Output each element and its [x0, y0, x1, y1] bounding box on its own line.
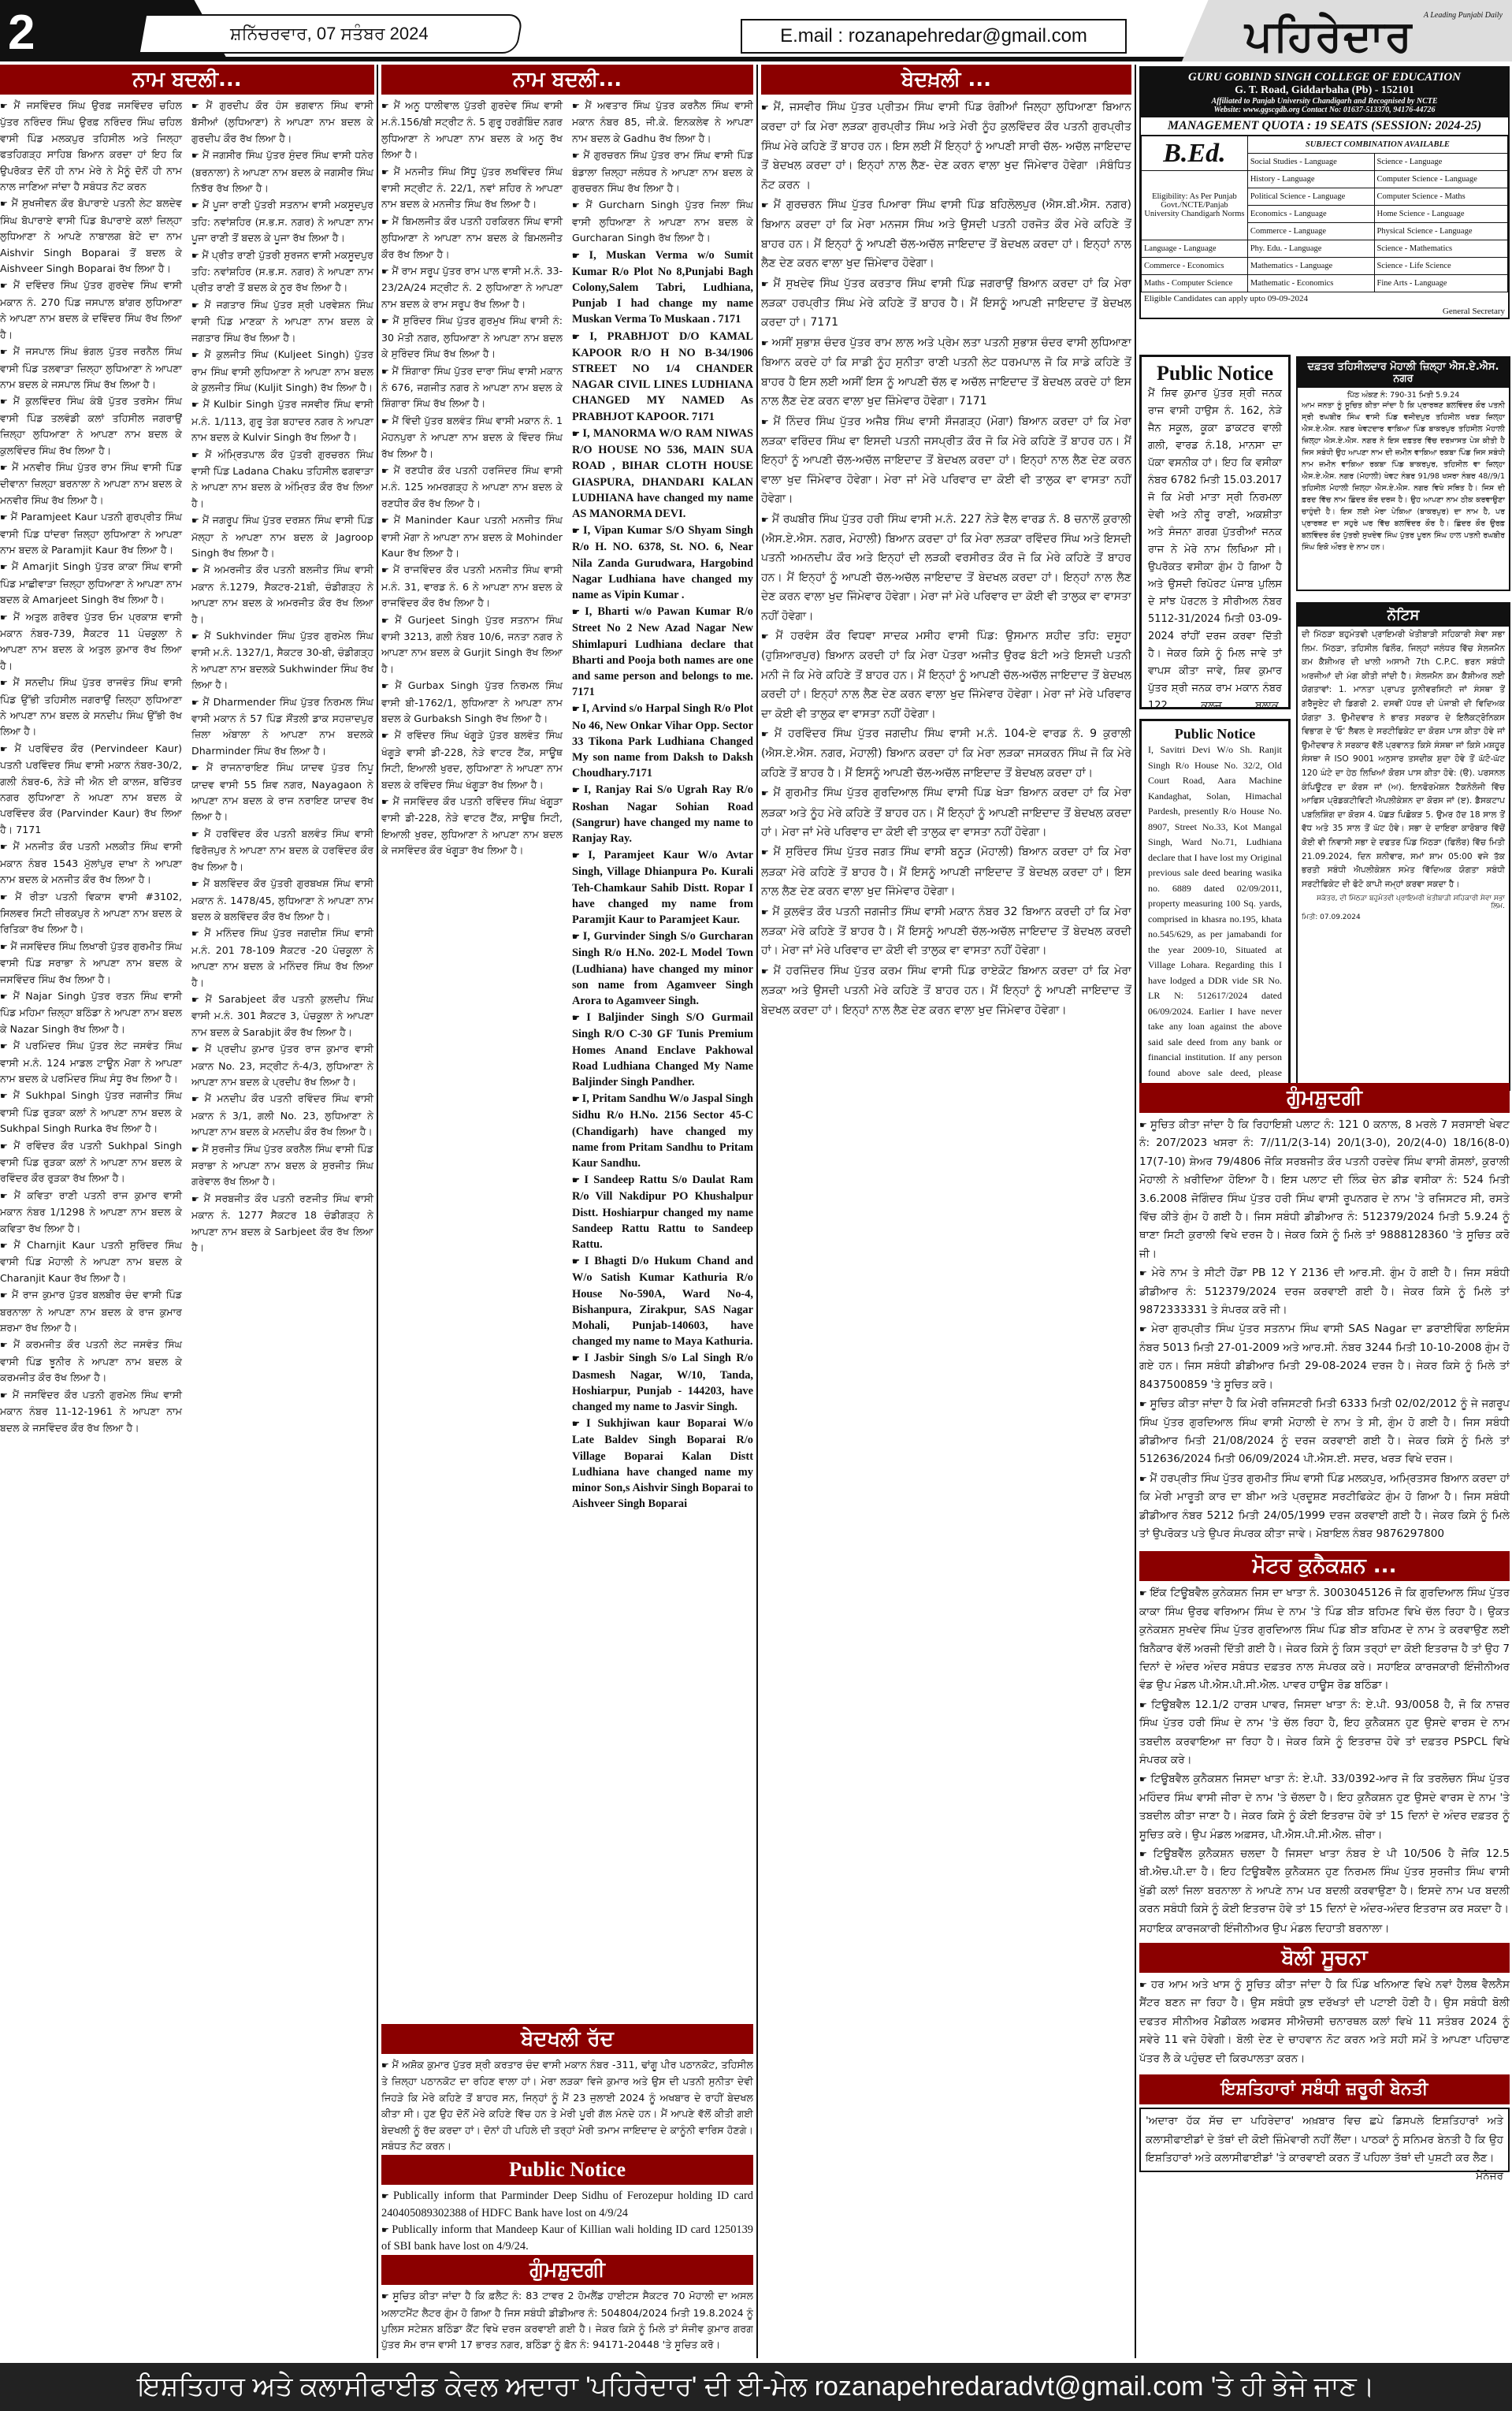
section-heading-auction: ਬੋਲੀ ਸੂਚਨਾ [1139, 1943, 1510, 1973]
name-change-column-3: ਮੈਂ ਅਨੂ ਧਾਲੀਵਾਲ ਪੁੱਤਰੀ ਗੁਰਦੇਵ ਸਿੰਘ ਵਾਸੀ … [381, 98, 563, 1513]
section-heading-ad-request: ਇਸ਼ਤਿਹਾਰਾਂ ਸਬੰਧੀ ਜ਼ਰੂਰੀ ਬੇਨਤੀ [1139, 2074, 1510, 2104]
tehsildar-notice-text: ਆਮ ਜਨਤਾ ਨੂੰ ਸੂਚਿਤ ਕੀਤਾ ਜਾਂਦਾ ਹੈ ਕਿ ਪ੍ਰਾਰ… [1298, 400, 1509, 553]
email-box[interactable]: E.mail : rozanapehredar@gmail.com [741, 19, 1127, 54]
signatory: General Secretary [1141, 305, 1508, 318]
public-notice-pa-text: ਮੈਂ ਸ਼ਿਵ ਕੁਮਾਰ ਪੁੱਤਰ ਸ਼੍ਰੀ ਜਨਕ ਰਾਜ ਵਾਸੀ … [1148, 385, 1282, 709]
notice-item: ਮੈਂ ਪ੍ਰੀਤ ਰਾਣੀ ਪੁੱਤਰੀ ਸੁਰਜਨ ਵਾਸੀ ਮਕਸੂਦਪੁ… [191, 247, 373, 296]
public-notice-en-text: I, Savitri Devi W/o Sh. Ranjit Singh R/o… [1148, 742, 1282, 1088]
notice-item: ਮੈਂ ਮਨਦੀਪ ਕੌਰ ਪਤਨੀ ਰਵਿੰਦਰ ਸਿੰਘ ਵਾਸੀ ਮਕਾਨ… [191, 1091, 373, 1140]
notice-item: ਮੈਂ ਸੁਖਜੀਵਨ ਕੌਰ ਬੋਪਾਰਾਏ ਪਤਨੀ ਲੇਟ ਬਲਦੇਵ ਸ… [0, 195, 182, 277]
notice-item: ਮੈਂ ਹਰਵਿੰਦਰ ਸਿੰਘ ਪੁੱਤਰ ਜਗਦੀਪ ਸਿੰਘ ਵਾਸੀ ਮ… [761, 724, 1131, 783]
notice-item: ਮੈਂ ਜਸਵਿੰਦਰ ਕੌਰ ਪਤਨੀ ਗੁਰਮੇਲ ਸਿੰਘ ਵਾਸੀ ਮਕ… [0, 1387, 182, 1436]
eviction-section: ਬੇਦਖ਼ਲੀ ... ਮੈਂ, ਜਸਵੀਰ ਸਿੰਘ ਪੁੱਤਰ ਪ੍ਰੀਤਮ… [761, 65, 1131, 2358]
notice-item: I, MANORMA W/O RAM NIWAS R/O HOUSE NO 53… [572, 426, 753, 522]
notice-item: ਮੈਂ Sarabjeet ਕੌਰ ਪਤਨੀ ਕੁਲਦੀਪ ਸਿੰਘ ਵਾਸੀ … [191, 992, 373, 1040]
subject-cell: Mathematics - Language [1247, 258, 1374, 275]
notice-item: ਮੈਂ ਸੁਰਿੰਦਰ ਸਿੰਘ ਪੁੱਤਰ ਗੁਰਮੁਖ ਸਿੰਘ ਵਾਸੀ … [381, 313, 563, 362]
subject-cell: Political Science - Language [1247, 188, 1374, 206]
notice-item: ਮੈਂ Dharmender ਸਿੰਘ ਪੁੱਤਰ ਨਿਰਮਲ ਸਿੰਘ ਵਾਸ… [191, 694, 373, 760]
notice-item: ਮੈਂ ਰਣਧੀਰ ਕੌਰ ਪਤਨੀ ਹਰਜਿੰਦਰ ਸਿੰਘ ਵਾਸੀ ਮ.ਨ… [381, 463, 563, 512]
lost-notice: ਸੂਚਿਤ ਕੀਤਾ ਜਾਂਦਾ ਹੈ ਕਿ ਫ਼ਲੈਟ ਨੰ: 83 ਟਾਵਰ… [381, 2288, 753, 2353]
quota-heading: MANAGEMENT QUOTA : 19 SEATS (SESSION: 20… [1141, 117, 1508, 136]
date-box: ਸ਼ਨਿੱਚਰਵਾਰ, 07 ਸਤੰਬਰ 2024 [139, 14, 524, 54]
notice-item: ਮੈਂ ਪ੍ਰਦੀਪ ਕੁਮਾਰ ਪੁੱਤਰ ਰਾਜ ਕੁਮਾਰ ਵਾਸੀ ਮਕ… [191, 1041, 373, 1090]
notice-item: ਮੈਂ ਅਤੁਲ ਗਰੋਵਰ ਪੁੱਤਰ ਓਮ ਪ੍ਰਕਾਸ਼ ਵਾਸੀ ਮਕਾ… [0, 609, 182, 675]
notice-item: ਟਿਊਬਵੈਲ ਕੁਨੈਕਸ਼ਨ ਜਿਸਦਾ ਖਾਤਾ ਨੰ: ਏ.ਪੀ. 33… [1139, 1770, 1510, 1844]
subject-cell: Economics - Language [1247, 206, 1374, 223]
auction-notice: ਹਰ ਆਮ ਅਤੇ ਖਾਸ ਨੂੰ ਸੂਚਿਤ ਕੀਤਾ ਜਾਂਦਾ ਹੈ ਕਿ… [1139, 1976, 1510, 2068]
deadline: Eligible Candidates can apply upto 09-09… [1141, 292, 1508, 305]
notice-item: ਮੈਂ Gurcharn Singh ਪੁੱਤਰ ਜਿਲਾ ਸਿੰਘ ਵਾਸੀ … [572, 197, 753, 246]
notice-item: I, Muskan Verma w/o Sumit Kumar R/o Plot… [572, 247, 753, 328]
notice-item: ਮੈਂ Sukhpal Singh ਪੁੱਤਰ ਜਗਜੀਤ ਸਿੰਘ ਵਾਸੀ … [0, 1088, 182, 1137]
notice-item: ਮੈਂ Gurjeet Singh ਪੁੱਤਰ ਸਤਨਾਮ ਸਿੰਘ ਵਾਸੀ … [381, 612, 563, 678]
notice-item: I Bhagti D/o Hukum Chand and W/o Satish … [572, 1253, 753, 1349]
sabha-notice-text: ਦੀ ਮਿੱਠੜਾ ਬਹੁਮੰਤਵੀ ਪ੍ਰਾਇਮਰੀ ਖੇਤੀਬਾੜੀ ਸਹਿ… [1298, 627, 1509, 893]
public-notice-pa-title: Public Notice [1148, 362, 1282, 385]
bottom-notices: ਬੇਦਖਲੀ ਰੱਦ ਮੈਂ ਅਸ਼ੋਕ ਕੁਮਾਰ ਪੁੱਤਰ ਸ਼੍ਰੀ ਕ… [381, 2024, 753, 2363]
public-notice-en-box: Public Notice I, Savitri Devi W/o Sh. Ra… [1139, 719, 1291, 1088]
page-number: 2 [8, 5, 35, 61]
name-change-column-2: ਮੈਂ ਗੁਰਦੀਪ ਕੌਰ ਹੰਸ ਭਗਵਾਨ ਸਿੰਘ ਵਾਸੀ ਬੱਸੀਆ… [191, 98, 373, 1437]
notice-item: I, Ranjay Rai S/o Ugrah Ray R/o Roshan N… [572, 782, 753, 846]
subject-cell: Physical Science - Language [1374, 223, 1508, 240]
sabha-notice: ਨੋਟਿਸ ਦੀ ਮਿੱਠੜਾ ਬਹੁਮੰਤਵੀ ਪ੍ਰਾਇਮਰੀ ਖੇਤੀਬਾ… [1296, 602, 1510, 1091]
notice-item: ਮੈਂ ਰਾਮ ਸਰੂਪ ਪੁੱਤਰ ਰਾਮ ਪਾਲ ਵਾਸੀ ਮ.ਨੰ. 33… [381, 263, 563, 312]
notice-item: ਮੈਂ ਜਸਵਿੰਦਰ ਕੌਰ ਪਤਨੀ ਰਵਿੰਦਰ ਸਿੰਘ ਖੰਗੂੜਾ … [381, 794, 563, 859]
notice-item: ਮੈਂ ਜਸਵਿੰਦਰ ਸਿੰਘ ਲਿਖਾਰੀ ਪੁੱਤਰ ਗੁਰਮੀਤ ਸਿੰ… [0, 939, 182, 988]
notice-item: ਮੈਂ ਹਰਵੰਸ ਕੌਰ ਵਿਧਵਾ ਸਾਦਕ ਮਸੀਹ ਵਾਸੀ ਪਿੰਡ:… [761, 627, 1131, 724]
notice-item: ਇੱਕ ਟਿਊਬਵੈਲ ਕੁਨੇਕਸ਼ਨ ਜਿਸ ਦਾ ਖਾਤਾ ਨੰ. 300… [1139, 1584, 1510, 1695]
subject-cell: Commerce - Economics [1142, 258, 1248, 275]
notice-item: ਮੈਂ ਹਰਵਿੰਦਰ ਕੌਰ ਪਤਨੀ ਬਲਵੰਤ ਸਿੰਘ ਵਾਸੀ ਫਿਰ… [191, 826, 373, 875]
notice-item: ਟਿਊਬਵੈਲ 12.1/2 ਹਾਰਸ ਪਾਵਰ, ਜਿਸਦਾ ਖਾਤਾ ਨੰ:… [1139, 1696, 1510, 1770]
notice-item: I, Gurvinder Singh S/o Gurcharan Singh R… [572, 928, 753, 1009]
notice-item: I, Paramjeet Kaur W/o Avtar Singh, Villa… [572, 847, 753, 928]
notice-item: ਮੈਂ ਅੰਮ੍ਰਿਤਪਾਲ ਕੌਰ ਪੁੱਤਰੀ ਗੁਰਚਰਨ ਸਿੰਘ ਵਾ… [191, 447, 373, 512]
notice-item: ਮੇਰਾ ਗੁਰਪ੍ਰੀਤ ਸਿੰਘ ਪੁੱਤਰ ਸਤਨਾਮ ਸਿੰਘ ਵਾਸੀ… [1139, 1320, 1510, 1394]
notice-item: ਮੇਰੇ ਨਾਮ ਤੇ ਸੀਟੀ ਹੋਂਡਾ PB 12 Y 2136 ਦੀ ਆ… [1139, 1264, 1510, 1319]
notice-item: ਸੂਚਿਤ ਕੀਤਾ ਜਾਂਦਾ ਹੈ ਕਿ ਮੇਰੀ ਰਜਿਸਟਰੀ ਮਿਤੀ… [1139, 1395, 1510, 1469]
notice-item: ਮੈਂ ਕੁਲਜੀਤ ਸਿੰਘ (Kuljeet Singh) ਪੁੱਤਰ ਰਾ… [191, 347, 373, 396]
notice-item: ਮੈਂ Najar Singh ਪੁੱਤਰ ਰਤਨ ਸਿੰਘ ਵਾਸੀ ਪਿੰਡ… [0, 988, 182, 1037]
subject-cell: Science - Mathematics [1374, 240, 1508, 258]
masthead-rule [158, 57, 1206, 61]
motor-connection-sign: ਸਹਾਇਕ ਕਾਰਜਕਾਰੀ ਇੰਜੀਨੀਅਰ ਉਪ ਮੰਡਲ ਦਿਹਾਤੀ ਬ… [1139, 1920, 1510, 1938]
subject-cell: Maths - Computer Science [1142, 275, 1248, 292]
section-heading-lost-1: ਗੁੰਮਸ਼ੁਦਗੀ [381, 2255, 753, 2285]
notice-item: ਮੈਂ, ਜਸਵੀਰ ਸਿੰਘ ਪੁੱਤਰ ਪ੍ਰੀਤਮ ਸਿੰਘ ਵਾਸੀ ਪ… [761, 98, 1131, 195]
notice-item: ਮੈਂ ਮਨਜੀਤ ਸਿੰਘ ਸਿੱਧੂ ਪੁੱਤਰ ਲਖਵਿੰਦਰ ਸਿੰਘ … [381, 164, 563, 213]
notice-item: ਮੈਂ ਰਘਬੀਰ ਸਿੰਘ ਪੁੱਤਰ ਹਰੀ ਸਿੰਘ ਵਾਸੀ ਮ.ਨੰ.… [761, 510, 1131, 626]
notice-item: ਮੈਂ ਜਸਪਾਲ ਸਿੰਘ ਭੰਗਲ ਪੁੱਤਰ ਜਰਨੈਲ ਸਿੰਘ ਵਾਸ… [0, 344, 182, 393]
column-divider [1135, 65, 1136, 2358]
course-name: B.Ed. [1142, 136, 1248, 171]
notice-item: ਮੈਂ ਮਨਜੀਤ ਕੌਰ ਪਤਨੀ ਮਲਕੀਤ ਸਿੰਘ ਵਾਸੀ ਮਕਾਨ … [0, 839, 182, 887]
college-affiliation: Affiliated to Panjab University Chandiga… [1141, 97, 1508, 106]
name-change-section-1: ਨਾਮ ਬਦਲੀ... ਮੈਂ ਜਸਵਿੰਦਰ ਸਿੰਘ ਉਰਫ਼ ਜਸਵਿੰਦ… [0, 65, 374, 2358]
subject-cell: Social Studies - Language [1247, 154, 1374, 171]
notice-item: ਮੈਂ Charnjit Kaur ਪਤਨੀ ਸੁਰਿੰਦਰ ਸਿੰਘ ਵਾਸੀ… [0, 1237, 182, 1286]
ad-request-text: 'ਅਦਾਰਾ ਹੱਕ ਸੱਚ ਦਾ ਪਹਿਰੇਦਾਰ' ਅਖ਼ਬਾਰ ਵਿਚ ਛ… [1146, 2115, 1503, 2164]
sabha-notice-date: ਮਿਤੀ: 07.09.2024 [1298, 912, 1509, 923]
college-name: GURU GOBIND SINGH COLLEGE OF EDUCATION [1141, 71, 1508, 84]
column-divider [756, 65, 758, 2358]
notice-item: I Jasbir Singh S/o Lal Singh R/o Dasmesh… [572, 1350, 753, 1415]
footer-banner: ਇਸ਼ਤਿਹਾਰ ਅਤੇ ਕਲਾਸੀਫਾਈਡ ਕੇਵਲ ਅਦਾਰਾ 'ਪਹਿਰੇ… [0, 2363, 1512, 2411]
notice-item: ਮੈਂ ਗੁਰਦੀਪ ਕੌਰ ਹੰਸ ਭਗਵਾਨ ਸਿੰਘ ਵਾਸੀ ਬੱਸੀਆ… [191, 98, 373, 147]
college-address: G. T. Road, Giddarbaha (Pb) - 152101 [1141, 84, 1508, 97]
notice-item: ਮੈਂ ਸੁਰਿੰਦਰ ਸਿੰਘ ਪੁੱਤਰ ਜਗਤ ਸਿੰਘ ਵਾਸੀ ਬਨੂ… [761, 843, 1131, 901]
subject-cell: Computer Science - Maths [1374, 188, 1508, 206]
subject-cell: Phy. Edu. - Language [1247, 240, 1374, 258]
notice-item: ਮੈਂ ਵਿੰਦੀ ਪੁੱਤਰ ਬਲਵੰਤ ਸਿੰਘ ਵਾਸੀ ਮਕਾਨ ਨੰ.… [381, 413, 563, 462]
public-notice-item: Publically inform that Parminder Deep Si… [381, 2188, 753, 2220]
subject-table: B.Ed. SUBJECT COMBINATION AVAILABLE Soci… [1141, 136, 1508, 292]
section-heading-eviction-cancel: ਬੇਦਖਲੀ ਰੱਦ [381, 2024, 753, 2054]
notice-item: I, Vipan Kumar S/O Shyam Singh R/o H. NO… [572, 523, 753, 603]
notice-item: ਮੈਂ ਗੁਰਚਰਨ ਸਿੰਘ ਪੁੱਤਰ ਪਿਆਰਾ ਸਿੰਘ ਵਾਸੀ ਪਿ… [761, 195, 1131, 273]
subject-cell: History - Language [1247, 171, 1374, 188]
name-change-column-1: ਮੈਂ ਜਸਵਿੰਦਰ ਸਿੰਘ ਉਰਫ਼ ਜਸਵਿੰਦਰ ਚਹਿਲ ਪੁੱਤਰ… [0, 98, 182, 1437]
notice-item: ਮੈਂ Sukhvinder ਸਿੰਘ ਪੁੱਤਰ ਗੁਰਮੇਲ ਸਿੰਘ ਵਾ… [191, 628, 373, 694]
right-subcolumn-right: ਦਫ਼ਤਰ ਤਹਿਸੀਲਦਾਰ ਮੋਹਾਲੀ ਜ਼ਿਲ੍ਹਾ ਐਸ.ਏ.ਐਸ. … [1296, 356, 1510, 1091]
notice-item: ਅਸੀਂ ਸੁਭਾਸ਼ ਚੰਦਰ ਪੁੱਤਰ ਰਾਮ ਲਾਲ ਅਤੇ ਪ੍ਰੇਮ… [761, 333, 1131, 411]
section-heading-motor-connection: ਮੋਟਰ ਕੁਨੈਕਸ਼ਨ ... [1139, 1551, 1510, 1581]
name-change-section-2: ਨਾਮ ਬਦਲੀ... ਮੈਂ ਅਨੂ ਧਾਲੀਵਾਲ ਪੁੱਤਰੀ ਗੁਰਦੇ… [381, 65, 753, 1885]
notice-item: I Baljinder Singh S/O Gurmail Singh R/O … [572, 1010, 753, 1090]
section-heading-name-change-1: ਨਾਮ ਬਦਲੀ... [0, 65, 374, 95]
newspaper-logo: ਪਹਿਰੇਦਾਰ A Leading Punjabi Daily [1182, 0, 1512, 61]
notice-item: ਮੈਂ ਮਨਿੰਦਰ ਸਿੰਘ ਪੁੱਤਰ ਜਗਦੀਸ਼ ਸਿੰਘ ਵਾਸੀ ਮ… [191, 925, 373, 991]
subject-cell: Language - Language [1142, 240, 1248, 258]
public-notice-en-title: Public Notice [1148, 726, 1282, 742]
tehsildar-notice: ਦਫ਼ਤਰ ਤਹਿਸੀਲਦਾਰ ਮੋਹਾਲੀ ਜ਼ਿਲ੍ਹਾ ਐਸ.ਏ.ਐਸ. … [1296, 356, 1510, 591]
sabha-notice-title: ਨੋਟਿਸ [1298, 604, 1509, 627]
notice-item: ਮੈਂ ਪਰਮਿੰਦਰ ਸਿੰਘ ਪੁੱਤਰ ਲੇਟ ਜਸਵੰਤ ਸਿੰਘ ਵਾ… [0, 1038, 182, 1087]
notice-item: ਮੈਂ ਮਨਵੀਰ ਸਿੰਘ ਪੁੱਤਰ ਰਾਮ ਸਿੰਘ ਵਾਸੀ ਪਿੰਡ … [0, 460, 182, 508]
notice-item: ਮੈਂ ਕਰਮਜੀਤ ਕੌਰ ਪਤਨੀ ਲੇਟ ਜਸਵੰਤ ਸਿੰਘ ਵਾਸੀ … [0, 1337, 182, 1386]
ad-request-box: 'ਅਦਾਰਾ ਹੱਕ ਸੱਚ ਦਾ ਪਹਿਰੇਦਾਰ' ਅਖ਼ਬਾਰ ਵਿਚ ਛ… [1139, 2108, 1510, 2172]
notice-item: ਮੈਂ ਰਾਜ ਕੁਮਾਰ ਪੁੱਤਰ ਬਲਬੀਰ ਚੰਦ ਵਾਸੀ ਪਿੰਡ … [0, 1287, 182, 1336]
notice-item: I Sandeep Rattu S/o Daulat Ram R/o Vill … [572, 1172, 753, 1252]
notice-item: I, Bharti w/o Pawan Kumar R/o Street No … [572, 604, 753, 700]
subject-cell: Mathematic - Economics [1247, 275, 1374, 292]
notice-item: ਮੈਂ Kulbir Singh ਪੁੱਤਰ ਜਸਵੀਰ ਸਿੰਘ ਵਾਸੀ ਮ… [191, 396, 373, 445]
section-heading-name-change-2: ਨਾਮ ਬਦਲੀ... [381, 65, 753, 95]
notice-item: ਮੈਂ ਸਰਬਜੀਤ ਕੌਰ ਪਤਨੀ ਰਣਜੀਤ ਸਿੰਘ ਵਾਸੀ ਮਕਾਨ… [191, 1191, 373, 1256]
notice-item: ਮੈਂ ਕੁਲਵੰਤ ਕੌਰ ਪਤਨੀ ਜਗਜੀਤ ਸਿੰਘ ਵਾਸੀ ਮਕਾਨ… [761, 902, 1131, 961]
notice-item: I Sukhjiwan kaur Boparai W/o Late Baldev… [572, 1416, 753, 1512]
notice-item: ਮੈਂ ਰੀਤਾ ਪਤਨੀ ਵਿਕਾਸ ਵਾਸੀ #3102, ਸਿਲਵਰ ਸਿ… [0, 889, 182, 938]
ad-request-sign: ਮੈਨੇਜਰ [1476, 2167, 1503, 2186]
subject-cell: Science - Life Science [1374, 258, 1508, 275]
notice-item: I, PRABHJOT D/O KAMAL KAPOOR R/O H NO B-… [572, 329, 753, 425]
notice-item: ਮੈਂ Maninder Kaur ਪਤਨੀ ਮਨਜੀਤ ਸਿੰਘ ਵਾਸੀ ਮ… [381, 512, 563, 561]
notice-item: ਮੈਂ ਪਰਵਿੰਦਰ ਕੌਰ (Pervindeer Kaur) ਪਤਨੀ ਪ… [0, 741, 182, 838]
notice-item: ਮੈਂ ਪੂਜਾ ਰਾਣੀ ਪੁੱਤਰੀ ਸਤਨਾਮ ਵਾਸੀ ਮਕਸੂਦਪੁਰ… [191, 197, 373, 246]
right-subcolumn-left: Public Notice ਮੈਂ ਸ਼ਿਵ ਕੁਮਾਰ ਪੁੱਤਰ ਸ਼੍ਰੀ… [1139, 355, 1291, 1088]
college-ad: GURU GOBIND SINGH COLLEGE OF EDUCATION G… [1139, 66, 1510, 319]
subjects-header: SUBJECT COMBINATION AVAILABLE [1247, 136, 1507, 154]
subject-cell: Commerce - Language [1247, 223, 1374, 240]
notice-item: ਮੈਂ ਨਿੰਦਰ ਸਿੰਘ ਪੁੱਤਰ ਅਜੈਬ ਸਿੰਘ ਵਾਸੀ ਸੌਜਗ… [761, 412, 1131, 509]
public-notice-item: Publically inform that Mandeep Kaur of K… [381, 2222, 753, 2254]
notice-item: ਮੈਂ ਬਿਮਲਜੀਤ ਕੌਰ ਪਤਨੀ ਹਰਕਿਰਨ ਸਿੰਘ ਵਾਸੀ ਲੁ… [381, 214, 563, 262]
notice-item: ਮੈਂ Gurbax Singh ਪੁੱਤਰ ਨਿਰਮਲ ਸਿੰਘ ਵਾਸੀ ਬ… [381, 678, 563, 727]
notice-item: ਮੈਂ ਕੁਲਵਿੰਦਰ ਸਿੰਘ ਕੰਬੋ ਪੁੱਤਰ ਤਰਸੇਮ ਸਿੰਘ … [0, 393, 182, 459]
notice-item: I, Pritam Sandhu W/o Jaspal Singh Sidhu … [572, 1091, 753, 1171]
section-heading-public-notice: Public Notice [381, 2155, 753, 2185]
issue-date: ਸ਼ਨਿੱਚਰਵਾਰ, 07 ਸਤੰਬਰ 2024 [230, 24, 429, 44]
notice-item: ਮੈਂ ਰਵਿੰਦਰ ਸਿੰਘ ਖੰਗੂੜੇ ਪੁੱਤਰ ਬਲਵੰਤ ਸਿੰਘ … [381, 727, 563, 793]
sabha-notice-sign: ਸਕੱਤਰ, ਦੀ ਮਿੱਠੜਾ ਬਹੁਮੰਤਵੀ ਪ੍ਰਾਇਮਰੀ ਖੇਤੀਬ… [1298, 893, 1509, 912]
notice-item: ਮੈਂ ਅਮਰਜੀਤ ਕੌਰ ਪਤਨੀ ਬਲਜੀਤ ਸਿੰਘ ਵਾਸੀ ਮਕਾਨ… [191, 562, 373, 627]
column-divider [377, 65, 378, 2358]
notice-item: ਮੈਂ Paramjeet Kaur ਪਤਨੀ ਗੁਰਪ੍ਰੀਤ ਸਿੰਘ ਵਾ… [0, 509, 182, 558]
notice-item: ਸੂਚਿਤ ਕੀਤਾ ਜਾਂਦਾ ਹੈ ਕਿ ਰਿਹਾਇਸ਼ੀ ਪਲਾਟ ਨੰ:… [1139, 1116, 1510, 1263]
notice-item: ਮੈਂ ਹਰਪ੍ਰੀਤ ਸਿੰਘ ਪੁੱਤਰ ਗੁਰਮੀਤ ਸਿੰਘ ਵਾਸੀ … [1139, 1470, 1510, 1544]
notice-item: ਮੈਂ ਬਲਵਿੰਦਰ ਕੌਰ ਪੁੱਤਰੀ ਗੁਰਬਖਸ਼ ਸਿੰਘ ਵਾਸੀ… [191, 876, 373, 925]
logo-tagline: A Leading Punjabi Daily [1424, 11, 1503, 20]
subject-cell: Home Science - Language [1374, 206, 1508, 223]
notice-item: ਮੈਂ ਜਗਰੂਪ ਸਿੰਘ ਪੁੱਤਰ ਦਰਸ਼ਨ ਸਿੰਘ ਵਾਸੀ ਪਿੰ… [191, 512, 373, 561]
notice-item: ਮੈਂ Amarjit Singh ਪੁੱਤਰ ਕਾਕਾ ਸਿੰਘ ਵਾਸੀ ਪ… [0, 559, 182, 608]
subject-cell: Computer Science - Language [1374, 171, 1508, 188]
notice-item: ਮੈਂ ਅਨੂ ਧਾਲੀਵਾਲ ਪੁੱਤਰੀ ਗੁਰਦੇਵ ਸਿੰਘ ਵਾਸੀ … [381, 98, 563, 163]
notice-item: ਮੈਂ ਗੁਰਚਰਨ ਸਿੰਘ ਪੁੱਤਰ ਰਾਮ ਸਿੰਘ ਵਾਸੀ ਪਿੰਡ… [572, 147, 753, 196]
notice-item: ਮੈਂ ਸ਼ਿੰਗਾਰਾ ਸਿੰਘ ਪੁੱਤਰ ਦਾਰਾ ਸਿੰਘ ਵਾਸੀ ਮ… [381, 363, 563, 412]
eviction-cancel-notice: ਮੈਂ ਅਸ਼ੋਕ ਕੁਮਾਰ ਪੁੱਤਰ ਸ਼੍ਰੀ ਕਰਤਾਰ ਚੰਦ ਵਾ… [381, 2057, 753, 2154]
notice-item: ਮੈਂ ਰਾਜਵਿੰਦਰ ਕੌਰ ਪਤਨੀ ਮਨਜੀਤ ਸਿੰਘ ਵਾਸੀ ਮ.… [381, 562, 563, 611]
notice-item: ਮੈਂ ਸਨਦੀਪ ਸਿੰਘ ਪੁੱਤਰ ਰਾਜਵੰਤ ਸਿੰਘ ਵਾਸੀ ਪਿ… [0, 675, 182, 740]
college-ad-header: GURU GOBIND SINGH COLLEGE OF EDUCATION G… [1141, 68, 1508, 117]
notice-item: ਮੈਂ ਜਸਵਿੰਦਰ ਸਿੰਘ ਉਰਫ਼ ਜਸਵਿੰਦਰ ਚਹਿਲ ਪੁੱਤਰ… [0, 98, 182, 195]
footer-text: ਇਸ਼ਤਿਹਾਰ ਅਤੇ ਕਲਾਸੀਫਾਈਡ ਕੇਵਲ ਅਦਾਰਾ 'ਪਹਿਰੇ… [137, 2372, 1374, 2402]
notice-item: ਮੈਂ ਜਗਸੀਰ ਸਿੰਘ ਪੁੱਤਰ ਸੁੰਦਰ ਸਿੰਘ ਵਾਸੀ ਧਨੇ… [191, 147, 373, 196]
name-change-column-4: ਮੈਂ ਅਵਤਾਰ ਸਿੰਘ ਪੁੱਤਰ ਕਰਨੈਲ ਸਿੰਘ ਵਾਸੀ ਮਕਾ… [572, 98, 753, 1513]
notice-item: ਟਿਊਬਵੈੱਲ ਕੁਨੈਕਸ਼ਨ ਚਲਦਾ ਹੈ ਜਿਸਦਾ ਖਾਤਾ ਨੰਬ… [1139, 1845, 1510, 1919]
notice-item: ਮੈਂ ਰਵਿੰਦਰ ਕੌਰ ਪਤਨੀ Sukhpal Singh ਵਾਸੀ ਪ… [0, 1138, 182, 1187]
college-contact[interactable]: Website: www.ggscgdb.org Contact No: 016… [1141, 106, 1508, 114]
notice-item: ਮੈਂ ਸੁਰਜੀਤ ਸਿੰਘ ਪੁੱਤਰ ਕਰਨੈਲ ਸਿੰਘ ਵਾਸੀ ਪਿ… [191, 1141, 373, 1190]
notice-item: ਮੈਂ ਹਰਜਿੰਦਰ ਸਿੰਘ ਪੁੱਤਰ ਕਰਮ ਸਿੰਘ ਵਾਸੀ ਪਿੰ… [761, 962, 1131, 1020]
eligibility: Eligibility: As Per Punjab Govt./NCTE/Pa… [1142, 171, 1248, 240]
subject-cell: Science - Language [1374, 154, 1508, 171]
tehsildar-notice-title: ਦਫ਼ਤਰ ਤਹਿਸੀਲਦਾਰ ਮੋਹਾਲੀ ਜ਼ਿਲ੍ਹਾ ਐਸ.ਏ.ਐਸ. … [1298, 358, 1509, 388]
logo-name: ਪਹਿਰੇਦਾਰ [1245, 11, 1414, 61]
tehsildar-notice-ref: ਪਿੱਠ ਅੰਕਣ ਨੰ: 790-31 ਮਿਤੀ 5.9.24 [1298, 388, 1509, 400]
notice-item: ਮੈਂ ਸੁਖਦੇਵ ਸਿੰਘ ਪੁੱਤਰ ਕਰਤਾਰ ਸਿੰਘ ਵਾਸੀ ਪਿ… [761, 274, 1131, 333]
section-heading-lost-2: ਗੁੰਮਸ਼ੁਦਗੀ [1139, 1083, 1510, 1113]
notice-item: ਮੈਂ ਕਵਿਤਾ ਰਾਣੀ ਪਤਨੀ ਰਾਜ ਕੁਮਾਰ ਵਾਸੀ ਮਕਾਨ … [0, 1188, 182, 1237]
notice-item: ਮੈਂ ਰਾਜਨਾਰਾਇਣ ਸਿੰਘ ਯਾਦਵ ਪੁੱਤਰ ਨਿਪੂ ਯਾਦਵ … [191, 760, 373, 825]
notice-item: ਮੈਂ ਦਵਿੰਦਰ ਸਿੰਘ ਪੁੱਤਰ ਗੁਰਦੇਵ ਸਿੰਘ ਵਾਸੀ ਮ… [0, 277, 182, 343]
notice-item: ਮੈਂ ਜਗਤਾਰ ਸਿੰਘ ਪੁੱਤਰ ਸ਼੍ਰੀ ਪਰਵੇਸ਼ਨ ਸਿੰਘ … [191, 297, 373, 346]
right-bottom-section: ਗੁੰਮਸ਼ੁਦਗੀ ਸੂਚਿਤ ਕੀਤਾ ਜਾਂਦਾ ਹੈ ਕਿ ਰਿਹਾਇਸ… [1139, 1083, 1510, 2363]
section-heading-eviction: ਬੇਦਖ਼ਲੀ ... [761, 65, 1131, 95]
subject-cell: Fine Arts - Language [1374, 275, 1508, 292]
notice-item: ਮੈਂ ਅਵਤਾਰ ਸਿੰਘ ਪੁੱਤਰ ਕਰਨੈਲ ਸਿੰਘ ਵਾਸੀ ਮਕਾ… [572, 98, 753, 147]
public-notice-pa-box: Public Notice ਮੈਂ ਸ਼ਿਵ ਕੁਮਾਰ ਪੁੱਤਰ ਸ਼੍ਰੀ… [1139, 355, 1291, 709]
notice-item: ਮੈਂ ਗੁਰਮੀਤ ਸਿੰਘ ਪੁੱਤਰ ਗੁਰਦਿਆਲ ਸਿੰਘ ਵਾਸੀ … [761, 783, 1131, 842]
masthead: 2 ਸ਼ਨਿੱਚਰਵਾਰ, 07 ਸਤੰਬਰ 2024 E.mail : roz… [0, 0, 1512, 61]
notice-item: I, Arvind s/o Harpal Singh R/o Plot No 4… [572, 701, 753, 781]
